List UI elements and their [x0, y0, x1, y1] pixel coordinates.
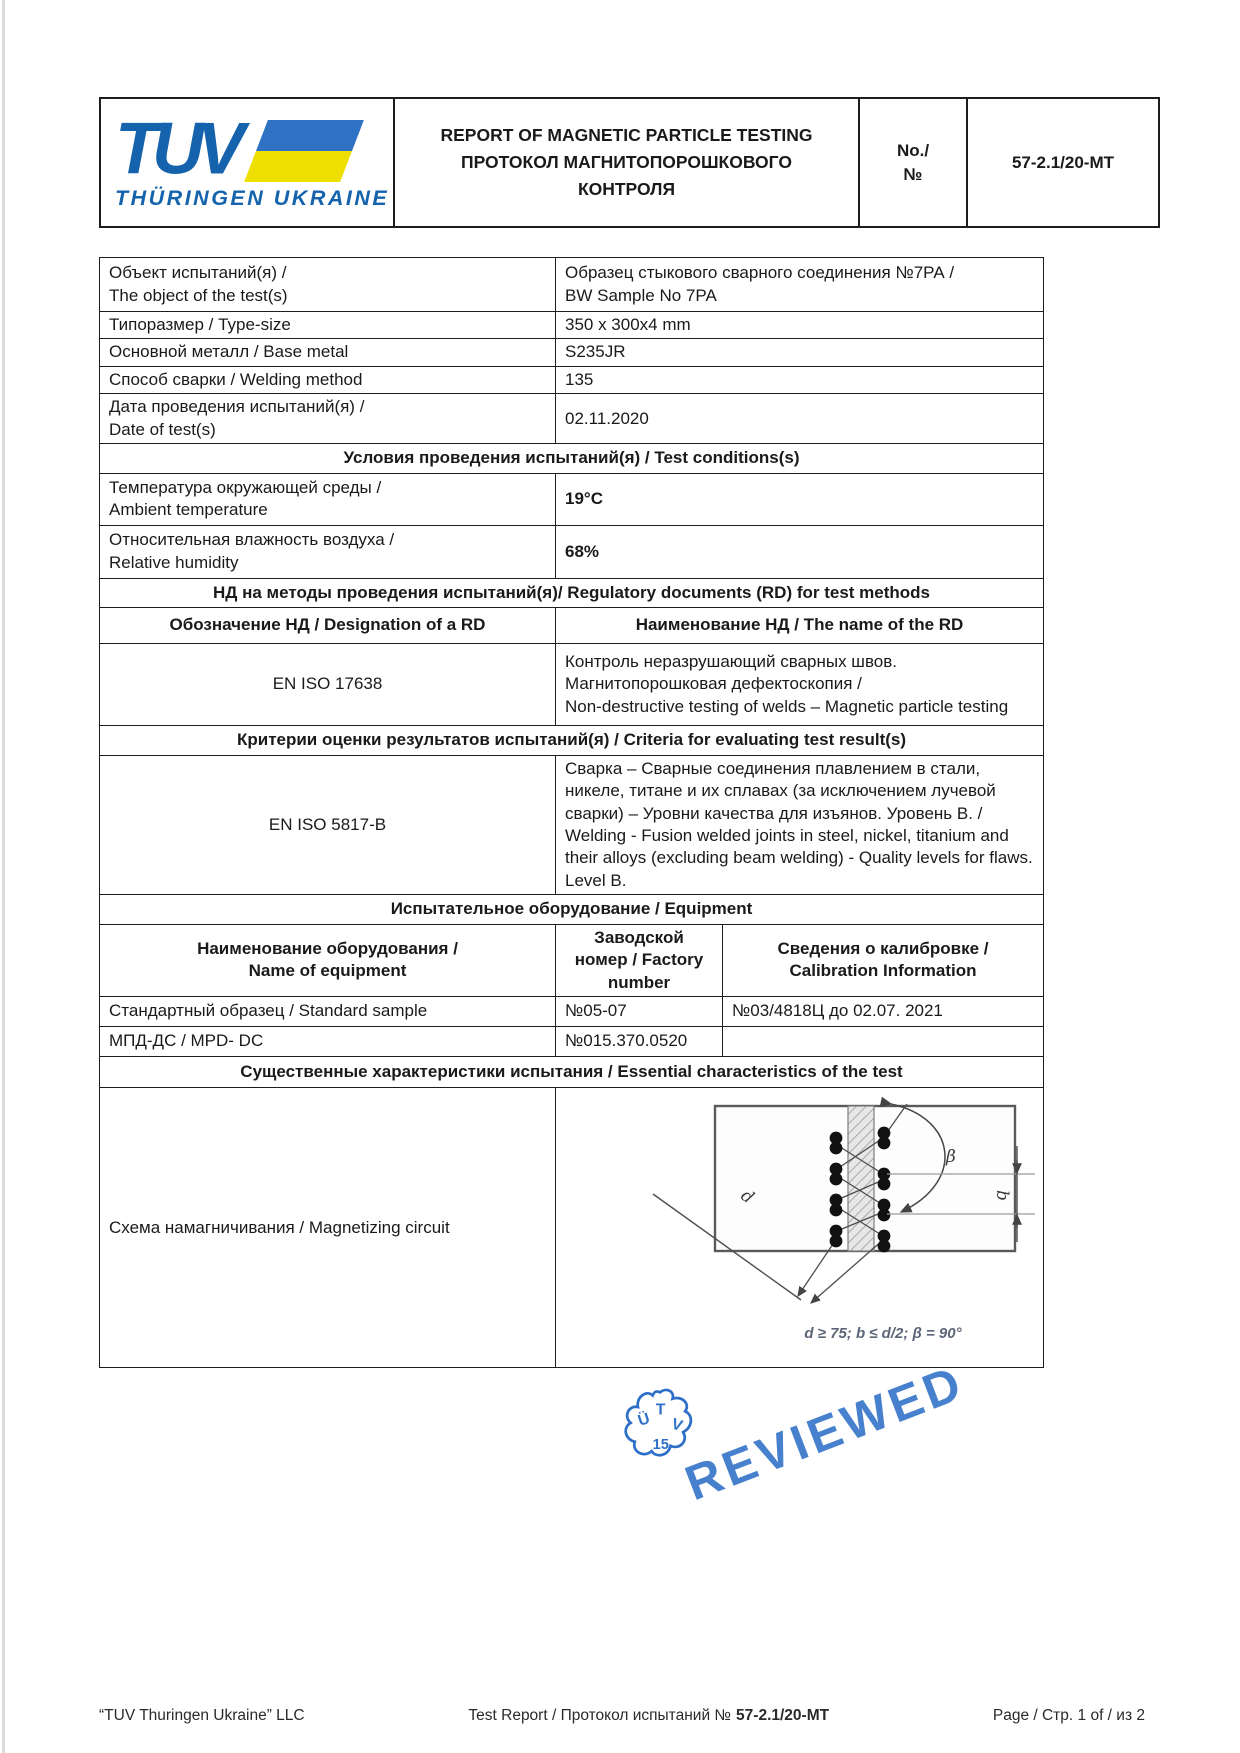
- table-row-magnetizing-circuit: Схема намагничивания / Magnetizing circu…: [100, 1088, 1044, 1368]
- equipment-name: Стандартный образец / Standard sample: [100, 997, 556, 1027]
- table-row-testdate: Дата проведения испытаний(я) / Date of t…: [100, 394, 1044, 444]
- table-row-object: Объект испытаний(я) / The object of the …: [100, 258, 1044, 312]
- equipment-factoryno: №05-07: [556, 997, 723, 1027]
- weld-seam: [848, 1106, 874, 1251]
- weldingmethod-value: 135: [556, 366, 1044, 393]
- report-title-cell: REPORT OF MAGNETIC PARTICLE TESTING ПРОТ…: [394, 98, 859, 227]
- section-title: Существенные характеристики испытания / …: [100, 1057, 1044, 1088]
- report-title-en: REPORT OF MAGNETIC PARTICLE TESTING: [413, 122, 840, 149]
- tuv-stamp-letter-t: T: [656, 1401, 666, 1418]
- rd-designation-header: Обозначение НД / Designation of a RD: [100, 608, 556, 644]
- section-title: Испытательное оборудование / Equipment: [100, 895, 1044, 924]
- table-row-humidity: Относительная влажность воздуха / Relati…: [100, 525, 1044, 578]
- weldingmethod-label: Способ сварки / Welding method: [100, 366, 556, 393]
- basemetal-value: S235JR: [556, 339, 1044, 366]
- table-row-eniso5817: EN ISO 5817-B Сварка – Сварные соединени…: [100, 755, 1044, 895]
- table-row-typesize: Типоразмер / Type-size 350 x 300x4 mm: [100, 312, 1044, 339]
- section-title: Критерии оценки результатов испытаний(я)…: [100, 726, 1044, 755]
- temperature-value: 19°C: [556, 473, 1044, 525]
- magnetizing-circuit-label: Схема намагничивания / Magnetizing circu…: [100, 1088, 556, 1368]
- rd-name-value: Контроль неразрушающий сварных швов. Маг…: [556, 644, 1044, 726]
- table-row-eniso17638: EN ISO 17638 Контроль неразрушающий свар…: [100, 644, 1044, 726]
- table-row-basemetal: Основной металл / Base metal S235JR: [100, 339, 1044, 366]
- scan-edge-artifact: [2, 0, 5, 1753]
- tuv-stamp-letter-u: Ü: [635, 1408, 652, 1430]
- section-criteria: Критерии оценки результатов испытаний(я)…: [100, 726, 1044, 755]
- reviewed-stamp: REVIEWED: [678, 1355, 972, 1512]
- magnetizing-circuit-diagram: β b d d ≥ 75; b ≤ d/2; β = 90°: [556, 1088, 1044, 1368]
- document-page: TUV THÜRINGEN UKRAINE REPORT OF MAGNETIC…: [0, 0, 1240, 1753]
- equipment-factoryno: №015.370.0520: [556, 1027, 723, 1057]
- table-row-standard-sample: Стандартный образец / Standard sample №0…: [100, 997, 1044, 1027]
- footer-report-label: Test Report / Протокол испытаний №: [468, 1707, 731, 1724]
- testdate-value: 02.11.2020: [556, 394, 1044, 444]
- testdate-label: Дата проведения испытаний(я) / Date of t…: [100, 394, 556, 444]
- section-regulatory-documents: НД на методы проведения испытаний(я)/ Re…: [100, 578, 1044, 607]
- beta-label: β: [945, 1147, 956, 1167]
- equipment-calibration: [723, 1027, 1044, 1057]
- criteria-designation-value: EN ISO 5817-B: [100, 755, 556, 895]
- logo-cell: TUV THÜRINGEN UKRAINE: [100, 98, 394, 227]
- temperature-label: Температура окружающей среды / Ambient t…: [100, 473, 556, 525]
- section-essential-characteristics: Существенные характеристики испытания / …: [100, 1057, 1044, 1088]
- equipment-factoryno-header: Заводской номер / Factory number: [556, 924, 723, 996]
- equipment-calibration: №03/4818Ц до 02.07. 2021: [723, 997, 1044, 1027]
- footer-report-number: 57-2.1/20-MT: [736, 1707, 829, 1724]
- report-title-ru: ПРОТОКОЛ МАГНИТОПОРОШКОВОГО КОНТРОЛЯ: [413, 149, 840, 203]
- b-label: b: [992, 1190, 1012, 1201]
- header-row: TUV THÜRINGEN UKRAINE REPORT OF MAGNETIC…: [100, 98, 1159, 227]
- typesize-label: Типоразмер / Type-size: [100, 312, 556, 339]
- humidity-value: 68%: [556, 525, 1044, 578]
- tuv-logo: TUV: [115, 116, 385, 182]
- section-test-conditions: Условия проведения испытаний(я) / Test c…: [100, 444, 1044, 473]
- table-row-temperature: Температура окружающей среды / Ambient t…: [100, 473, 1044, 525]
- equipment-name-header: Наименование оборудования / Name of equi…: [100, 924, 556, 996]
- rd-name-header: Наименование НД / The name of the RD: [556, 608, 1044, 644]
- tuv-stamp-number: 15: [653, 1437, 669, 1453]
- typesize-value: 350 x 300x4 mm: [556, 312, 1044, 339]
- equipment-name: МПД-ДС / MPD- DC: [100, 1027, 556, 1057]
- table-row-rd-headers: Обозначение НД / Designation of a RD Наи…: [100, 608, 1044, 644]
- no-label-ru: №: [861, 163, 965, 187]
- no-label-en: No./: [861, 139, 965, 163]
- section-title: Условия проведения испытаний(я) / Test c…: [100, 444, 1044, 473]
- table-row-mpd-dc: МПД-ДС / MPD- DC №015.370.0520: [100, 1027, 1044, 1057]
- footer-page-number: Page / Стр. 1 of / из 2: [993, 1707, 1145, 1725]
- humidity-label: Относительная влажность воздуха / Relati…: [100, 525, 556, 578]
- table-row-weldingmethod: Способ сварки / Welding method 135: [100, 366, 1044, 393]
- object-label: Объект испытаний(я) / The object of the …: [100, 258, 556, 312]
- basemetal-label: Основной металл / Base metal: [100, 339, 556, 366]
- page-footer: “TUV Thuringen Ukraine” LLC Test Report …: [99, 1707, 1145, 1725]
- report-header-table: TUV THÜRINGEN UKRAINE REPORT OF MAGNETIC…: [99, 97, 1160, 228]
- report-body-table: Объект испытаний(я) / The object of the …: [99, 257, 1044, 1368]
- footer-company: “TUV Thuringen Ukraine” LLC: [99, 1707, 305, 1725]
- section-equipment: Испытательное оборудование / Equipment: [100, 895, 1044, 924]
- report-no-label-cell: No./ №: [859, 98, 967, 227]
- tuv-logo-text: TUV: [115, 116, 238, 184]
- report-number: 57-2.1/20-MT: [967, 98, 1159, 227]
- equipment-calibration-header: Сведения о калибровке / Calibration Info…: [723, 924, 1044, 996]
- footer-report-ref: Test Report / Протокол испытаний №57-2.1…: [468, 1707, 829, 1725]
- object-value: Образец стыкового сварного соединения №7…: [556, 258, 1044, 312]
- diagram-caption: d ≥ 75; b ≤ d/2; β = 90°: [804, 1325, 962, 1342]
- magnetizing-circuit-drawing: β b d d ≥ 75; b ≤ d/2; β = 90°: [565, 1090, 1053, 1359]
- flag-yellow-band: [244, 151, 352, 182]
- rd-designation-value: EN ISO 17638: [100, 644, 556, 726]
- criteria-text: Сварка – Сварные соединения плавлением в…: [556, 755, 1044, 895]
- table-row-equipment-headers: Наименование оборудования / Name of equi…: [100, 924, 1044, 996]
- ukraine-flag-icon: [244, 120, 364, 182]
- section-title: НД на методы проведения испытаний(я)/ Re…: [100, 578, 1044, 607]
- flag-blue-band: [256, 120, 364, 151]
